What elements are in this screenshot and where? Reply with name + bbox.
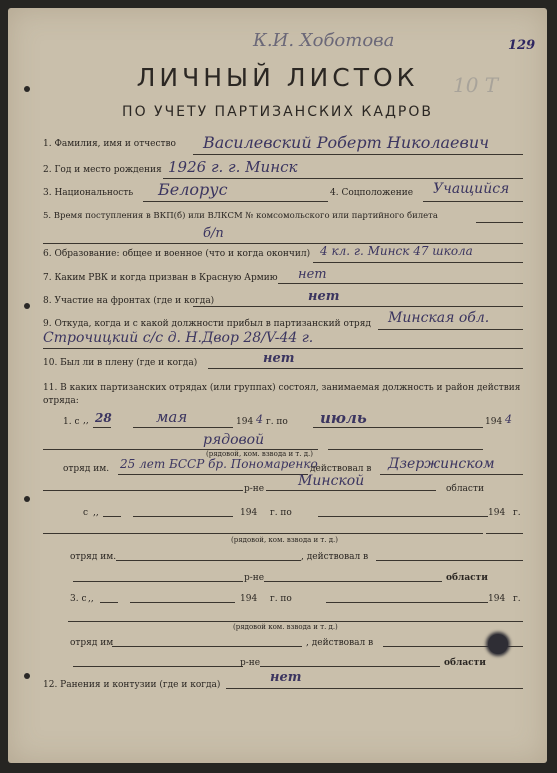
service1-to-year-digit[interactable]: 4 (505, 413, 512, 426)
label-arrival: 9. Откуда, когда и с какой должности при… (43, 319, 371, 329)
underline (208, 368, 523, 369)
underline (266, 490, 436, 491)
service2-from-year: 194 (240, 508, 257, 518)
underline (423, 201, 523, 202)
page-number: 129 (508, 38, 535, 53)
label-social-status: 4. Соцположение (330, 188, 413, 198)
underline (380, 474, 523, 475)
underline (313, 427, 483, 428)
document-subtitle: ПО УЧЕТУ ПАРТИЗАНСКИХ КАДРОВ (8, 104, 547, 120)
underline (313, 262, 523, 263)
year-suffix: г. (513, 594, 521, 604)
quote-open: ,, (88, 594, 94, 604)
service2-to-word: г. по (270, 508, 292, 518)
punch-hole (24, 303, 30, 309)
value-party[interactable]: б/п (203, 226, 224, 241)
underline (278, 283, 523, 284)
underline (103, 516, 121, 517)
document-title: ЛИЧНЫЙ ЛИСТОК (8, 63, 547, 92)
underline (193, 154, 523, 155)
service3-to-year: 194 (488, 594, 505, 604)
service2-district-label: р-не (244, 573, 264, 583)
value-wounds[interactable]: нет (270, 670, 302, 685)
service1-to-year: 194 (485, 417, 502, 427)
underline (163, 178, 523, 179)
archive-annotation: К.И. Хоботова (253, 30, 394, 51)
service1-from-month[interactable]: мая (156, 408, 187, 426)
label-nationality: 3. Национальность (43, 188, 133, 198)
punch-hole (24, 496, 30, 502)
value-nationality[interactable]: Белорус (158, 180, 228, 199)
year-suffix: г. (513, 508, 521, 518)
service3-from-year: 194 (240, 594, 257, 604)
label-party: 5. Время поступления в ВКП(б) или ВЛКСМ … (43, 211, 438, 221)
service2-position-hint: (рядовой, ком. взвода и т. д.) (231, 536, 338, 544)
label-fronts: 8. Участие на фронтах (где и когда) (43, 296, 214, 306)
value-captivity[interactable]: нет (263, 351, 295, 366)
underline (100, 602, 118, 603)
value-arrival-line2[interactable]: Строчицкий с/с д. Н.Двор 28/V-44 г. (43, 330, 313, 346)
underline (43, 348, 523, 349)
service3-position-hint: (рядовой ком. взвода и т. д.) (233, 623, 338, 631)
service1-detachment[interactable]: 25 лет БССР бр. Пономаренко (120, 457, 318, 471)
service3-number: 3. с (70, 594, 87, 604)
service2-to-year: 194 (488, 508, 505, 518)
value-arrival[interactable]: Минская обл. (388, 310, 489, 326)
value-birth[interactable]: 1926 г. г. Минск (168, 158, 297, 176)
underline (133, 427, 233, 428)
underline (486, 533, 523, 534)
underline (476, 222, 523, 223)
value-military-call[interactable]: нет (298, 267, 327, 282)
underline (378, 329, 523, 330)
label-wounds: 12. Ранения и контузии (где и когда) (43, 680, 220, 690)
service1-region[interactable]: Минской (298, 473, 364, 489)
label-military-call: 7. Каким РВК и когда призван в Красную А… (43, 273, 278, 283)
service1-district[interactable]: Дзержинском (388, 456, 495, 472)
quote-open: ,, (83, 416, 89, 426)
service1-district-label: р-не (244, 484, 264, 494)
underline (328, 449, 483, 450)
service1-to-month[interactable]: июль (320, 409, 367, 427)
value-full-name[interactable]: Василевский Роберт Николаевич (203, 133, 489, 152)
underline (318, 516, 488, 517)
service3-acted-label: , действовал в (306, 638, 373, 648)
label-full-name: 1. Фамилия, имя и отчество (43, 139, 176, 149)
service2-acted-label: , действовал в (301, 552, 368, 562)
underline (260, 666, 440, 667)
service1-region-label: области (446, 484, 484, 494)
service1-number: 1. с (63, 417, 80, 427)
value-social-status[interactable]: Учащийся (433, 181, 509, 197)
underline (326, 602, 488, 603)
service1-from-day[interactable]: 28 (95, 411, 112, 425)
underline (264, 581, 442, 582)
service1-to-word: г. по (266, 417, 288, 427)
underline (43, 533, 483, 534)
underline (73, 581, 243, 582)
service1-detachment-label: отряд им. (63, 464, 109, 474)
value-fronts[interactable]: нет (308, 289, 340, 304)
underline (226, 688, 523, 689)
underline (376, 560, 523, 561)
service3-detachment-label: отряд им (70, 638, 113, 648)
service3-district-label: р-не (240, 658, 260, 668)
underline (93, 427, 111, 428)
document-page: К.И. Хоботова 129 10 Т ЛИЧНЫЙ ЛИСТОК ПО … (8, 8, 547, 763)
service2-number: с (83, 508, 88, 518)
service3-to-word: г. по (270, 594, 292, 604)
service2-region-label: области (446, 573, 488, 583)
underline (133, 516, 233, 517)
label-detachments: 11. В каких партизанских отрядах (или гр… (43, 382, 523, 408)
underline (73, 666, 243, 667)
underline (143, 201, 328, 202)
service1-position[interactable]: рядовой (203, 432, 264, 448)
ink-blot (488, 634, 508, 654)
punch-hole (24, 673, 30, 679)
underline (43, 490, 243, 491)
label-birth: 2. Год и место рождения (43, 165, 162, 175)
underline (130, 602, 235, 603)
service1-from-year: 194 (236, 417, 253, 427)
underline (118, 474, 308, 475)
service1-from-year-digit[interactable]: 4 (256, 413, 263, 426)
label-education: 6. Образование: общее и военное (что и к… (43, 249, 310, 259)
value-education[interactable]: 4 кл. г. Минск 47 школа (320, 244, 473, 258)
underline (68, 621, 523, 622)
quote-open: ,, (93, 508, 99, 518)
label-captivity: 10. Был ли в плену (где и когда) (43, 358, 197, 368)
service3-region-label: области (444, 658, 486, 668)
underline (112, 646, 302, 647)
service2-detachment-label: отряд им. (70, 552, 116, 562)
underline (116, 560, 301, 561)
underline (193, 306, 523, 307)
